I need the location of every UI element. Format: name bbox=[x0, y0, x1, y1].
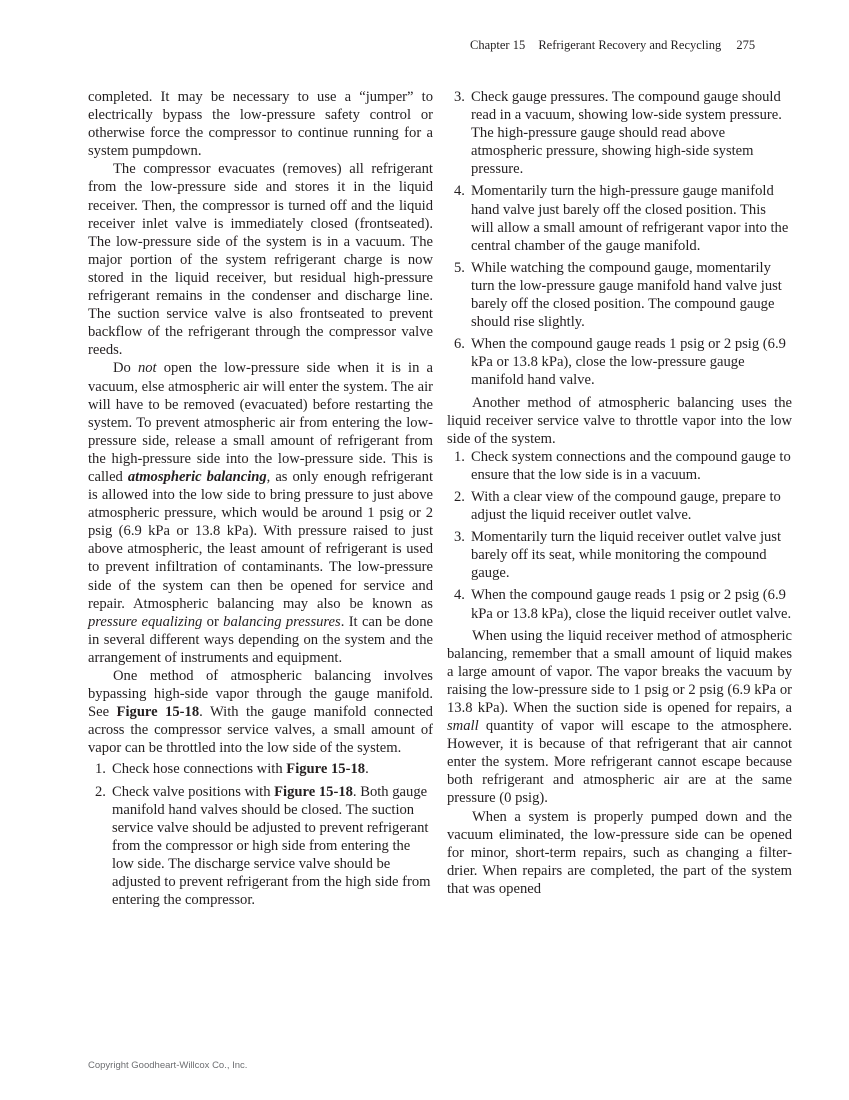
text-run: Check hose connections with bbox=[112, 761, 286, 777]
list-item: 5. While watching the compound gauge, mo… bbox=[447, 259, 792, 331]
text-run: When using the liquid receiver method of… bbox=[447, 628, 792, 716]
alt-term: balancing pressures bbox=[223, 614, 341, 630]
list-item: 1. Check system connections and the comp… bbox=[447, 448, 792, 484]
text-run: quantity of vapor will escape to the atm… bbox=[447, 718, 792, 806]
list-number: 2. bbox=[95, 783, 106, 801]
paragraph: Do not open the low-pressure side when i… bbox=[88, 359, 433, 667]
list-item: 3. Momentarily turn the liquid receiver … bbox=[447, 528, 792, 582]
text-run: . bbox=[365, 761, 369, 777]
list-item: 4. Momentarily turn the high-pressure ga… bbox=[447, 182, 792, 254]
list-number: 2. bbox=[454, 488, 465, 506]
list-number: 5. bbox=[454, 259, 465, 277]
list-text: Check gauge pressures. The compound gaug… bbox=[471, 89, 782, 177]
list-number: 6. bbox=[454, 335, 465, 353]
paragraph: Another method of atmospheric balancing … bbox=[447, 394, 792, 448]
figure-reference[interactable]: Figure 15-18 bbox=[274, 784, 353, 800]
list-number: 4. bbox=[454, 586, 465, 604]
list-item: 1. Check hose connections with Figure 15… bbox=[88, 760, 433, 778]
figure-reference[interactable]: Figure 15-18 bbox=[286, 761, 365, 777]
paragraph: completed. It may be necessary to use a … bbox=[88, 88, 433, 160]
list-item: 6. When the compound gauge reads 1 psig … bbox=[447, 335, 792, 389]
text-run: Check valve positions with bbox=[112, 784, 274, 800]
emphasis: small bbox=[447, 718, 479, 734]
list-text: Check system connections and the compoun… bbox=[471, 449, 791, 483]
list-text: When the compound gauge reads 1 psig or … bbox=[471, 587, 791, 621]
list-number: 4. bbox=[454, 182, 465, 200]
paragraph: When using the liquid receiver method of… bbox=[447, 627, 792, 808]
list-number: 1. bbox=[454, 448, 465, 466]
figure-reference[interactable]: Figure 15-18 bbox=[117, 704, 200, 720]
list-number: 3. bbox=[454, 88, 465, 106]
chapter-title: Refrigerant Recovery and Recycling bbox=[538, 38, 721, 52]
key-term: atmospheric balancing bbox=[128, 469, 267, 485]
list-number: 1. bbox=[95, 760, 106, 778]
alt-term: pressure equalizing bbox=[88, 614, 202, 630]
list-text: When the compound gauge reads 1 psig or … bbox=[471, 336, 786, 388]
list-item: 3. Check gauge pressures. The compound g… bbox=[447, 88, 792, 178]
text-run: Do bbox=[113, 360, 138, 376]
text-run: . Both gauge manifold hand valves should… bbox=[112, 784, 431, 909]
right-column: 3. Check gauge pressures. The compound g… bbox=[447, 88, 792, 898]
list-text: Momentarily turn the liquid receiver out… bbox=[471, 529, 781, 581]
text-run: open the low-pressure side when it is in… bbox=[88, 360, 433, 485]
list-item: 4. When the compound gauge reads 1 psig … bbox=[447, 586, 792, 622]
text-run: or bbox=[202, 614, 223, 630]
left-column: completed. It may be necessary to use a … bbox=[88, 88, 433, 913]
page-number: 275 bbox=[736, 38, 755, 52]
list-text: Momentarily turn the high-pressure gauge… bbox=[471, 183, 788, 253]
copyright-footer: Copyright Goodheart-Willcox Co., Inc. bbox=[88, 1060, 247, 1071]
text-run: , as only enough refrigerant is allowed … bbox=[88, 469, 433, 612]
list-text: With a clear view of the compound gauge,… bbox=[471, 489, 781, 523]
paragraph: The compressor evacuates (removes) all r… bbox=[88, 160, 433, 359]
list-text: While watching the compound gauge, momen… bbox=[471, 260, 782, 330]
list-item: 2. Check valve positions with Figure 15-… bbox=[88, 783, 433, 910]
paragraph: When a system is properly pumped down an… bbox=[447, 808, 792, 898]
list-item: 2. With a clear view of the compound gau… bbox=[447, 488, 792, 524]
running-header: Chapter 15 Refrigerant Recovery and Recy… bbox=[470, 38, 790, 53]
paragraph: One method of atmospheric balancing invo… bbox=[88, 667, 433, 757]
list-number: 3. bbox=[454, 528, 465, 546]
emphasis: not bbox=[138, 360, 157, 376]
chapter-label: Chapter 15 bbox=[470, 38, 525, 52]
